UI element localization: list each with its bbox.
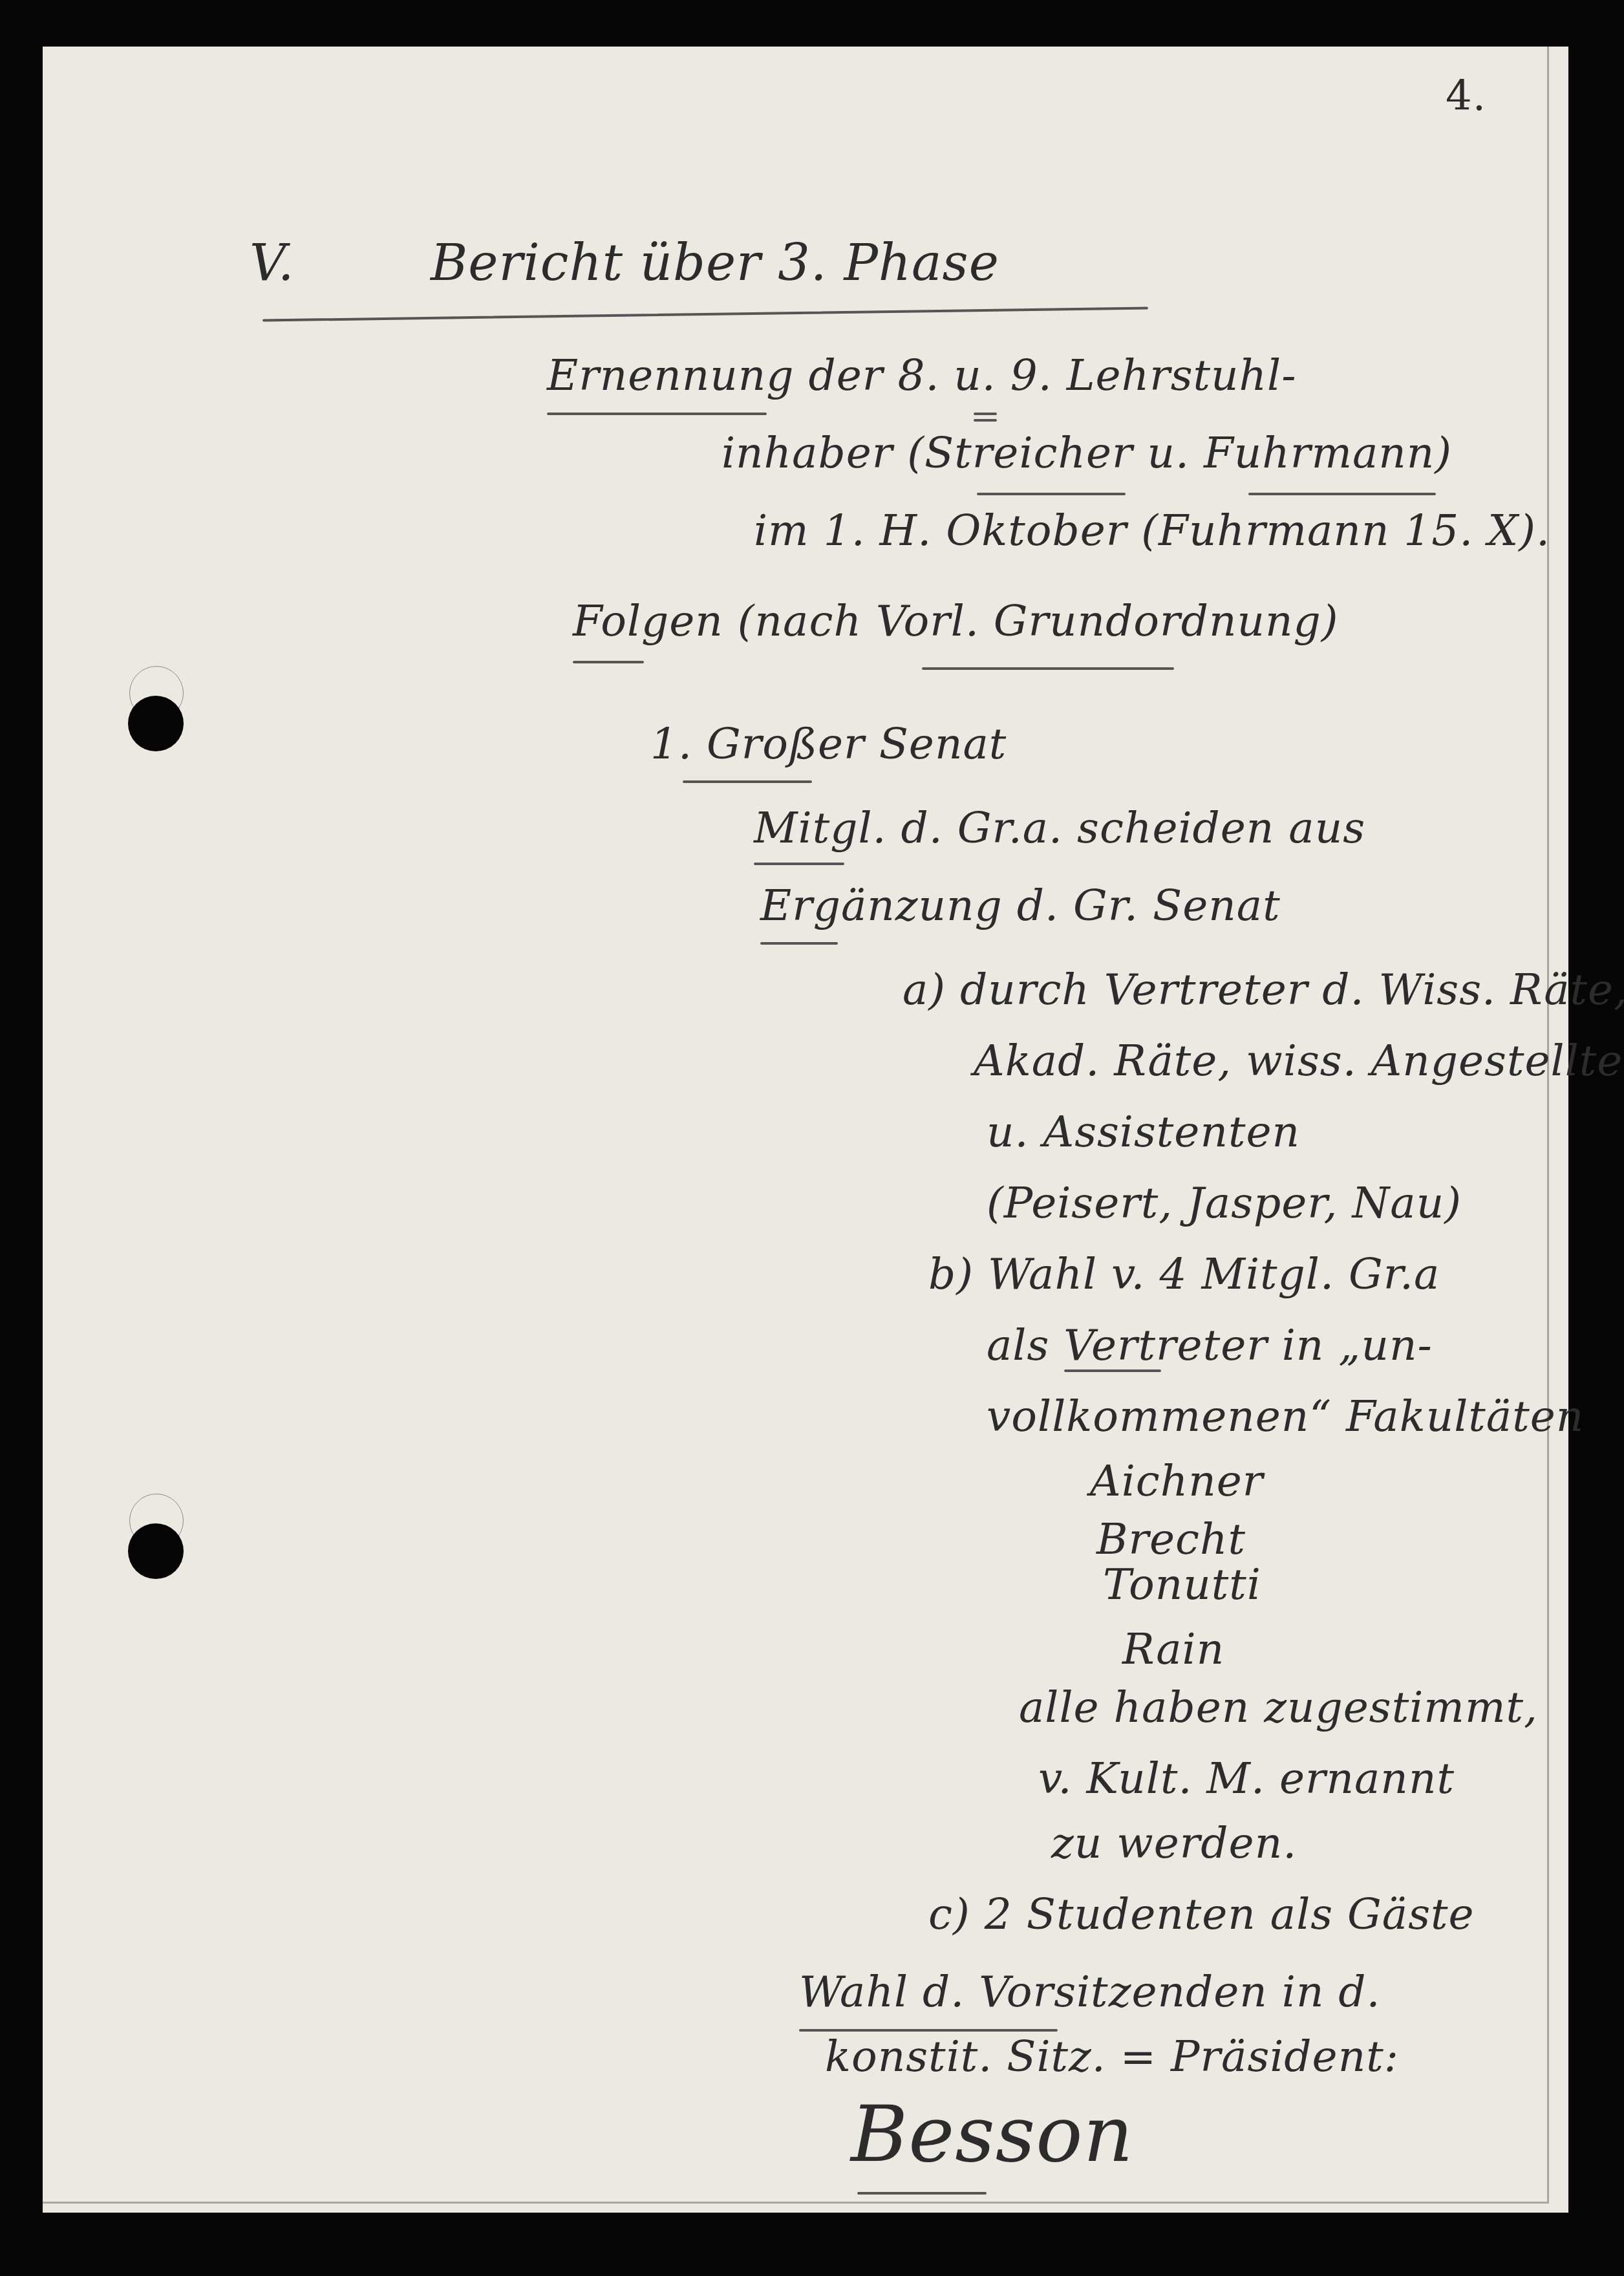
punch-hole-upper: [128, 696, 184, 751]
line-als-vertreter: als Vertreter in „un-: [987, 1320, 1433, 1370]
name-aichner: Aichner: [1090, 1456, 1263, 1506]
line-assistenten: u. Assistenten: [987, 1107, 1300, 1157]
underline-vertreter: [1064, 1369, 1161, 1372]
page-number: 4.: [1446, 72, 1486, 120]
punch-hole-lower: [128, 1523, 184, 1579]
line-folgen: Folgen (nach Vorl. Grundordnung): [573, 596, 1338, 646]
signature-besson: Besson: [851, 2090, 1134, 2180]
underline-ernennung: [547, 413, 767, 415]
line-grosser-senat: 1. Großer Senat: [650, 719, 1007, 769]
section-numeral: V.: [250, 234, 295, 292]
line-a-durch-vertreter: a) durch Vertreter d. Wiss. Räte,: [903, 965, 1624, 1015]
section-title: Bericht über 3. Phase: [431, 234, 999, 292]
line-fakultaeten: vollkommenen“ Fakultäten: [987, 1391, 1584, 1441]
line-b-wahl: b) Wahl v. 4 Mitgl. Gr.a: [928, 1249, 1440, 1299]
name-tonutti: Tonutti: [1103, 1560, 1261, 1609]
line-ernennung: Ernennung der 8. u. 9. Lehrstuhl-: [547, 350, 1297, 400]
line-zugestimmt: alle haben zugestimmt,: [1019, 1682, 1538, 1732]
paper-sheet: 4. V. Bericht über 3. Phase Ernennung de…: [43, 47, 1549, 2204]
line-c-studenten: c) 2 Studenten als Gäste: [928, 1889, 1475, 1939]
line-ergaenzung: Ergänzung d. Gr. Senat: [760, 881, 1281, 930]
underline-fuhrmann: [1248, 493, 1436, 495]
line-akad-raete: Akad. Räte, wiss. Angestellten: [974, 1036, 1624, 1086]
underline-grosser-senat: [683, 780, 812, 783]
line-namen: (Peisert, Jasper, Nau): [987, 1178, 1462, 1228]
line-praesident: konstit. Sitz. = Präsident:: [825, 2032, 1399, 2081]
underline-grundordnung: [922, 667, 1174, 670]
line-oktober: im 1. H. Oktober (Fuhrmann 15. X).: [754, 506, 1550, 555]
underline-streicher: [977, 493, 1126, 495]
underline-signature: [857, 2192, 987, 2195]
underline-ergaenzung: [760, 942, 838, 945]
line-zu-werden: zu werden.: [1051, 1818, 1297, 1868]
line-mitgl-scheiden: Mitgl. d. Gr.a. scheiden aus: [754, 803, 1365, 853]
line-wahl-vorsitzenden: Wahl d. Vorsitzenden in d.: [799, 1967, 1381, 2017]
underline-mitgl: [754, 863, 844, 865]
section-title-underline: [262, 306, 1148, 321]
underline-folgen: [573, 661, 644, 663]
underline-9-double-b: [974, 419, 997, 422]
name-brecht: Brecht: [1096, 1514, 1246, 1564]
underline-9-double-a: [974, 413, 997, 415]
line-ernannt: v. Kult. M. ernannt: [1038, 1754, 1455, 1803]
name-rain: Rain: [1122, 1624, 1224, 1674]
line-inhaber: inhaber (Streicher u. Fuhrmann): [721, 428, 1452, 478]
